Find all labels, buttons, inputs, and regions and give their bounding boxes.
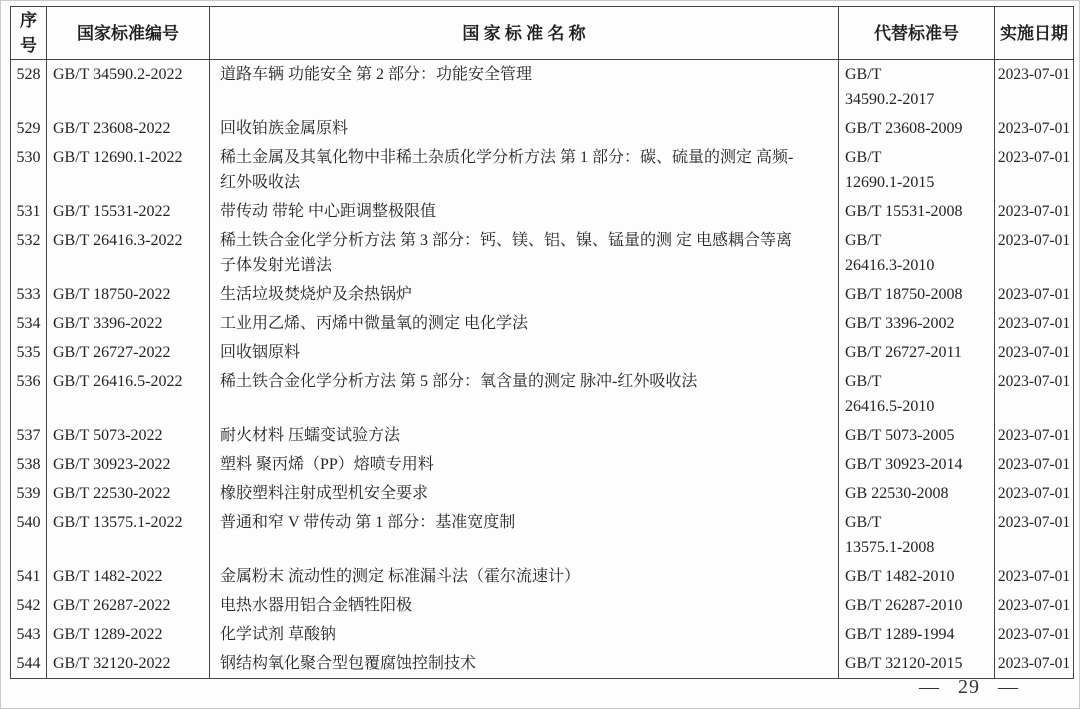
- cell-seq: 537: [11, 421, 47, 450]
- cell-standard-name: 普通和窄 V 带传动 第 1 部分：基准宽度制: [210, 508, 839, 562]
- cell-replaced-no: GB 22530-2008: [839, 479, 995, 508]
- cell-replaced-no: GB/T 13575.1-2008: [839, 508, 995, 562]
- cell-seq: 536: [11, 367, 47, 421]
- cell-standard-no: GB/T 22530-2022: [47, 479, 210, 508]
- cell-standard-name: 道路车辆 功能安全 第 2 部分：功能安全管理: [210, 60, 839, 115]
- cell-impl-date: 2023-07-01: [995, 309, 1074, 338]
- cell-replaced-no: GB/T 1482-2010: [839, 562, 995, 591]
- cell-standard-name: 塑料 聚丙烯（PP）熔喷专用料: [210, 450, 839, 479]
- table-row: 531GB/T 15531-2022带传动 带轮 中心距调整极限值GB/T 15…: [11, 197, 1074, 226]
- header-cell-standard-no: 国家标准编号: [47, 7, 210, 60]
- cell-impl-date: 2023-07-01: [995, 280, 1074, 309]
- table-row: 538GB/T 30923-2022塑料 聚丙烯（PP）熔喷专用料GB/T 30…: [11, 450, 1074, 479]
- table-row: 536GB/T 26416.5-2022稀土铁合金化学分析方法 第 5 部分：氧…: [11, 367, 1074, 421]
- table-row: 533GB/T 18750-2022生活垃圾焚烧炉及余热锅炉GB/T 18750…: [11, 280, 1074, 309]
- cell-seq: 543: [11, 620, 47, 649]
- cell-impl-date: 2023-07-01: [995, 114, 1074, 143]
- cell-seq: 535: [11, 338, 47, 367]
- cell-standard-name: 稀土金属及其氧化物中非稀土杂质化学分析方法 第 1 部分：碳、硫量的测定 高频-…: [210, 143, 839, 197]
- cell-impl-date: 2023-07-01: [995, 450, 1074, 479]
- header-cell-replaced-no: 代替标准号: [839, 7, 995, 60]
- cell-standard-no: GB/T 15531-2022: [47, 197, 210, 226]
- table-row: 534GB/T 3396-2022工业用乙烯、丙烯中微量氧的测定 电化学法GB/…: [11, 309, 1074, 338]
- cell-replaced-no: GB/T 34590.2-2017: [839, 60, 995, 115]
- cell-replaced-no: GB/T 32120-2015: [839, 649, 995, 679]
- standards-table: 序号 国家标准编号 国 家 标 准 名 称 代替标准号 实施日期 528GB/T…: [10, 6, 1074, 679]
- cell-standard-name: 橡胶塑料注射成型机安全要求: [210, 479, 839, 508]
- cell-seq: 544: [11, 649, 47, 679]
- cell-impl-date: 2023-07-01: [995, 421, 1074, 450]
- table-row: 539GB/T 22530-2022橡胶塑料注射成型机安全要求GB 22530-…: [11, 479, 1074, 508]
- cell-standard-name: 电热水器用铝合金牺牲阳极: [210, 591, 839, 620]
- table-row: 540GB/T 13575.1-2022普通和窄 V 带传动 第 1 部分：基准…: [11, 508, 1074, 562]
- cell-impl-date: 2023-07-01: [995, 226, 1074, 280]
- cell-standard-no: GB/T 12690.1-2022: [47, 143, 210, 197]
- cell-standard-name: 回收铂族金属原料: [210, 114, 839, 143]
- cell-standard-no: GB/T 13575.1-2022: [47, 508, 210, 562]
- table-row: 535GB/T 26727-2022回收铟原料GB/T 26727-201120…: [11, 338, 1074, 367]
- header-cell-seq: 序号: [11, 7, 47, 60]
- cell-seq: 534: [11, 309, 47, 338]
- document-page: 序号 国家标准编号 国 家 标 准 名 称 代替标准号 实施日期 528GB/T…: [0, 0, 1080, 709]
- cell-replaced-no: GB/T 23608-2009: [839, 114, 995, 143]
- cell-replaced-no: GB/T 26416.3-2010: [839, 226, 995, 280]
- cell-standard-name: 耐火材料 压蠕变试验方法: [210, 421, 839, 450]
- cell-seq: 528: [11, 60, 47, 115]
- cell-standard-no: GB/T 1482-2022: [47, 562, 210, 591]
- cell-replaced-no: GB/T 3396-2002: [839, 309, 995, 338]
- cell-standard-name: 金属粉末 流动性的测定 标准漏斗法（霍尔流速计）: [210, 562, 839, 591]
- cell-replaced-no: GB/T 15531-2008: [839, 197, 995, 226]
- cell-impl-date: 2023-07-01: [995, 197, 1074, 226]
- cell-standard-no: GB/T 30923-2022: [47, 450, 210, 479]
- cell-impl-date: 2023-07-01: [995, 508, 1074, 562]
- table-row: 544GB/T 32120-2022钢结构氧化聚合型包覆腐蚀控制技术GB/T 3…: [11, 649, 1074, 679]
- cell-standard-name: 带传动 带轮 中心距调整极限值: [210, 197, 839, 226]
- cell-standard-name: 化学试剂 草酸钠: [210, 620, 839, 649]
- cell-replaced-no: GB/T 1289-1994: [839, 620, 995, 649]
- table-row: 532GB/T 26416.3-2022稀土铁合金化学分析方法 第 3 部分：钙…: [11, 226, 1074, 280]
- table-body: 528GB/T 34590.2-2022道路车辆 功能安全 第 2 部分：功能安…: [11, 60, 1074, 679]
- cell-seq: 532: [11, 226, 47, 280]
- cell-standard-name: 稀土铁合金化学分析方法 第 5 部分：氧含量的测定 脉冲-红外吸收法: [210, 367, 839, 421]
- cell-seq: 530: [11, 143, 47, 197]
- header-cell-standard-name: 国 家 标 准 名 称: [210, 7, 839, 60]
- cell-replaced-no: GB/T 18750-2008: [839, 280, 995, 309]
- cell-standard-no: GB/T 34590.2-2022: [47, 60, 210, 115]
- table-row: 528GB/T 34590.2-2022道路车辆 功能安全 第 2 部分：功能安…: [11, 60, 1074, 115]
- cell-impl-date: 2023-07-01: [995, 60, 1074, 115]
- table-row: 529GB/T 23608-2022回收铂族金属原料GB/T 23608-200…: [11, 114, 1074, 143]
- cell-standard-no: GB/T 23608-2022: [47, 114, 210, 143]
- cell-impl-date: 2023-07-01: [995, 620, 1074, 649]
- table-row: 541GB/T 1482-2022金属粉末 流动性的测定 标准漏斗法（霍尔流速计…: [11, 562, 1074, 591]
- cell-standard-name: 钢结构氧化聚合型包覆腐蚀控制技术: [210, 649, 839, 679]
- cell-seq: 538: [11, 450, 47, 479]
- table-row: 543GB/T 1289-2022化学试剂 草酸钠GB/T 1289-19942…: [11, 620, 1074, 649]
- cell-seq: 533: [11, 280, 47, 309]
- cell-standard-no: GB/T 26287-2022: [47, 591, 210, 620]
- cell-standard-no: GB/T 3396-2022: [47, 309, 210, 338]
- page-number: — 29 —: [919, 676, 1019, 699]
- cell-impl-date: 2023-07-01: [995, 649, 1074, 679]
- cell-replaced-no: GB/T 26416.5-2010: [839, 367, 995, 421]
- cell-standard-name: 生活垃圾焚烧炉及余热锅炉: [210, 280, 839, 309]
- table-row: 542GB/T 26287-2022电热水器用铝合金牺牲阳极GB/T 26287…: [11, 591, 1074, 620]
- cell-standard-no: GB/T 1289-2022: [47, 620, 210, 649]
- cell-replaced-no: GB/T 12690.1-2015: [839, 143, 995, 197]
- cell-replaced-no: GB/T 5073-2005: [839, 421, 995, 450]
- cell-seq: 539: [11, 479, 47, 508]
- cell-impl-date: 2023-07-01: [995, 562, 1074, 591]
- cell-impl-date: 2023-07-01: [995, 338, 1074, 367]
- table-row: 530GB/T 12690.1-2022稀土金属及其氧化物中非稀土杂质化学分析方…: [11, 143, 1074, 197]
- cell-replaced-no: GB/T 26727-2011: [839, 338, 995, 367]
- cell-standard-no: GB/T 5073-2022: [47, 421, 210, 450]
- cell-standard-no: GB/T 26727-2022: [47, 338, 210, 367]
- cell-impl-date: 2023-07-01: [995, 143, 1074, 197]
- cell-replaced-no: GB/T 30923-2014: [839, 450, 995, 479]
- cell-impl-date: 2023-07-01: [995, 367, 1074, 421]
- table-row: 537GB/T 5073-2022耐火材料 压蠕变试验方法GB/T 5073-2…: [11, 421, 1074, 450]
- cell-seq: 542: [11, 591, 47, 620]
- cell-seq: 531: [11, 197, 47, 226]
- cell-standard-no: GB/T 26416.5-2022: [47, 367, 210, 421]
- cell-impl-date: 2023-07-01: [995, 479, 1074, 508]
- cell-standard-no: GB/T 18750-2022: [47, 280, 210, 309]
- cell-standard-no: GB/T 26416.3-2022: [47, 226, 210, 280]
- cell-seq: 541: [11, 562, 47, 591]
- cell-standard-no: GB/T 32120-2022: [47, 649, 210, 679]
- header-cell-impl-date: 实施日期: [995, 7, 1074, 60]
- cell-seq: 540: [11, 508, 47, 562]
- cell-standard-name: 稀土铁合金化学分析方法 第 3 部分：钙、镁、铝、镍、锰量的测 定 电感耦合等离…: [210, 226, 839, 280]
- table-header-row: 序号 国家标准编号 国 家 标 准 名 称 代替标准号 实施日期: [11, 7, 1074, 60]
- cell-impl-date: 2023-07-01: [995, 591, 1074, 620]
- cell-standard-name: 工业用乙烯、丙烯中微量氧的测定 电化学法: [210, 309, 839, 338]
- cell-replaced-no: GB/T 26287-2010: [839, 591, 995, 620]
- cell-standard-name: 回收铟原料: [210, 338, 839, 367]
- cell-seq: 529: [11, 114, 47, 143]
